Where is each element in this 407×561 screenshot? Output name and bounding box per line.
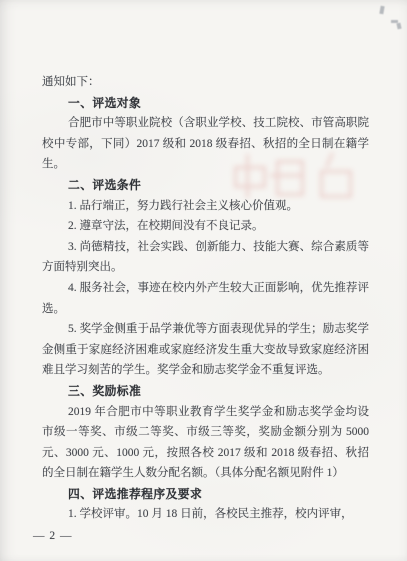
section-4-item-1: 1. 学校评审。10 月 18 日前，各校民主推荐，校内评审， (42, 504, 369, 525)
section-2-item-4: 4. 服务社会，事迹在校内外产生较大正面影响，优先推荐评选。 (42, 278, 369, 319)
section-3-heading: 三、奖励标准 (42, 381, 369, 402)
section-2-item-5: 5. 奖学金侧重于品学兼优等方面表现优异的学生；励志奖学金侧重于家庭经济困难或家… (42, 319, 369, 381)
pen-speck (379, 6, 384, 15)
section-1-heading: 一、评选对象 (42, 93, 369, 114)
section-1-paragraph-1: 合肥市中等职业院校（含职业学校、技工院校、市管高职院校中专部，下同）2017 级… (42, 113, 369, 175)
page-number: — 2 — (33, 526, 73, 547)
document-body: 通知如下： 一、评选对象 合肥市中等职业院校（含职业学校、技工院校、市管高职院校… (42, 72, 369, 525)
section-4-heading: 四、评选推荐程序及要求 (42, 484, 369, 505)
section-2-heading: 二、评选条件 (42, 175, 369, 196)
section-2-item-1: 1. 品行端正，努力践行社会主义核心价值观。 (42, 196, 369, 217)
section-2-item-2: 2. 遵章守法，在校期间没有不良记录。 (42, 216, 369, 237)
section-3-paragraph-1: 2019 年合肥市中等职业教育学生奖学金和励志奖学金均设市级一等奖、市级二等奖、… (42, 402, 369, 484)
scanned-document-page: 通知如下： 一、评选对象 合肥市中等职业院校（含职业学校、技工院校、市管高职院校… (0, 0, 407, 561)
section-2-item-3: 3. 尚德精技，社会实践、创新能力、技能大赛、综合素质等方面特别突出。 (42, 237, 369, 278)
intro-line: 通知如下： (42, 72, 369, 93)
pen-speck (396, 23, 401, 30)
